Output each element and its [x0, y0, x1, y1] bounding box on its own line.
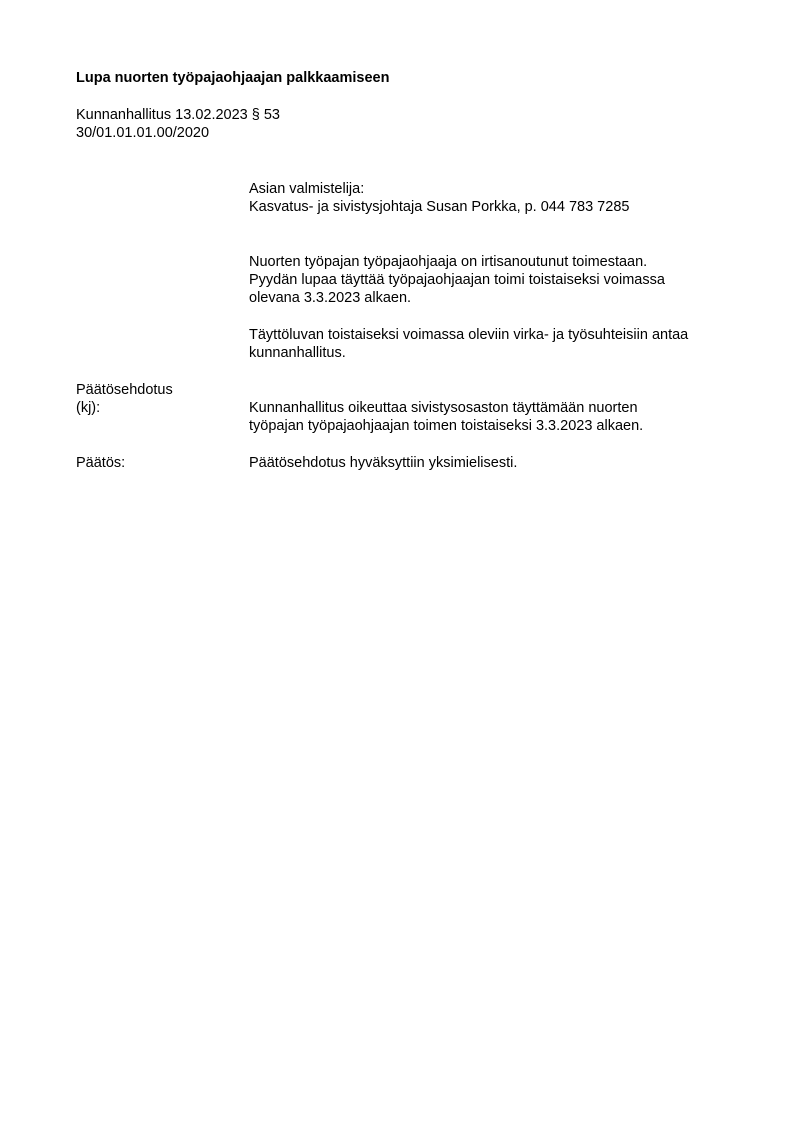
body-line: Täyttöluvan toistaiseksi voimassa olevii… [249, 326, 688, 344]
body-line: Nuorten työpajan työpajaohjaaja on irtis… [249, 253, 647, 271]
proposal-label-sub: (kj): [76, 399, 100, 417]
decision-label: Päätös: [76, 454, 125, 472]
document-title: Lupa nuorten työpajaohjaajan palkkaamise… [76, 69, 389, 87]
preparer: Kasvatus- ja sivistysjohtaja Susan Porkk… [249, 198, 629, 216]
proposal-label: Päätösehdotus [76, 381, 173, 399]
body-line: Pyydän lupaa täyttää työpajaohjaajan toi… [249, 271, 665, 289]
body-line: kunnanhallitus. [249, 344, 346, 362]
body-line: olevana 3.3.2023 alkaen. [249, 289, 411, 307]
proposal-line: Kunnanhallitus oikeuttaa sivistysosaston… [249, 399, 638, 417]
decision-text: Päätösehdotus hyväksyttiin yksimielisest… [249, 454, 517, 472]
record-number: 30/01.01.01.00/2020 [76, 124, 209, 142]
meeting-line: Kunnanhallitus 13.02.2023 § 53 [76, 106, 280, 124]
proposal-line: työpajan työpajaohjaajan toimen toistais… [249, 417, 643, 435]
preparer-label: Asian valmistelija: [249, 180, 364, 198]
